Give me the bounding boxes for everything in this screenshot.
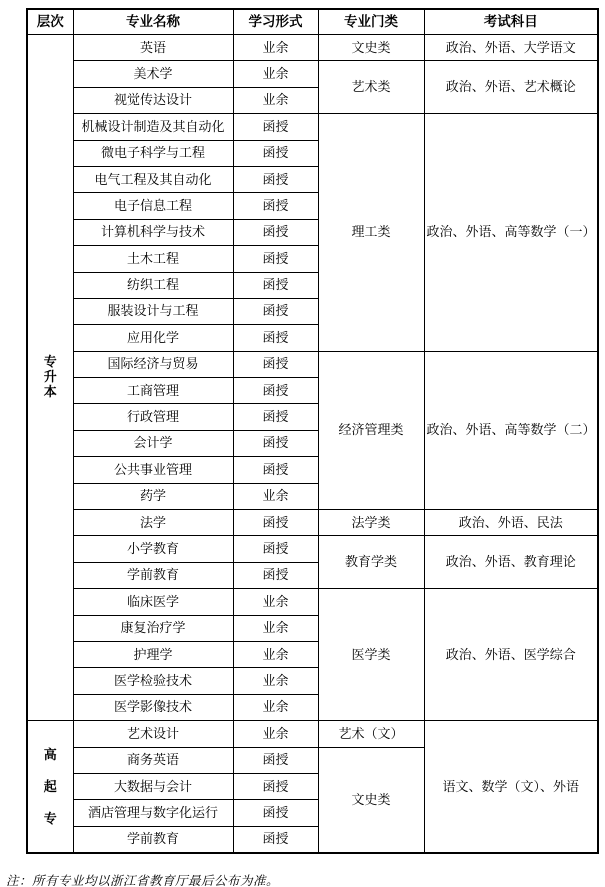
table-row: 国际经济与贸易函授经济管理类政治、外语、高等数学（二） xyxy=(27,351,598,377)
category-cell: 经济管理类 xyxy=(318,351,424,509)
study-form-cell: 业余 xyxy=(233,641,318,667)
table-body: 专 升 本英语业余文史类政治、外语、大学语文美术学业余艺术类政治、外语、艺术概论… xyxy=(27,35,598,854)
study-form-cell: 函授 xyxy=(233,404,318,430)
table-row: 法学函授法学类政治、外语、民法 xyxy=(27,510,598,536)
study-form-cell: 函授 xyxy=(233,562,318,588)
document-page: 层次 专业名称 学习形式 专业门类 考试科目 专 升 本英语业余文史类政治、外语… xyxy=(0,0,605,887)
header-level: 层次 xyxy=(27,9,73,35)
major-name-cell: 大数据与会计 xyxy=(73,773,233,799)
category-cell: 医学类 xyxy=(318,589,424,721)
exam-subjects-cell: 政治、外语、高等数学（一） xyxy=(424,114,598,352)
exam-subjects-cell: 语文、数学（文）、外语 xyxy=(424,721,598,853)
major-name-cell: 国际经济与贸易 xyxy=(73,351,233,377)
exam-subjects-cell: 政治、外语、医学综合 xyxy=(424,589,598,721)
major-name-cell: 学前教育 xyxy=(73,826,233,853)
category-cell: 艺术（文） xyxy=(318,721,424,747)
table-row: 临床医学业余医学类政治、外语、医学综合 xyxy=(27,589,598,615)
study-form-cell: 业余 xyxy=(233,615,318,641)
major-name-cell: 计算机科学与技术 xyxy=(73,219,233,245)
study-form-cell: 函授 xyxy=(233,773,318,799)
table-row: 专 升 本英语业余文史类政治、外语、大学语文 xyxy=(27,35,598,61)
study-form-cell: 业余 xyxy=(233,721,318,747)
header-exam-subjects: 考试科目 xyxy=(424,9,598,35)
table-row: 小学教育函授教育学类政治、外语、教育理论 xyxy=(27,536,598,562)
major-name-cell: 医学影像技术 xyxy=(73,694,233,720)
study-form-cell: 业余 xyxy=(233,61,318,87)
major-name-cell: 医学检验技术 xyxy=(73,668,233,694)
header-study-form: 学习形式 xyxy=(233,9,318,35)
exam-subjects-cell: 政治、外语、大学语文 xyxy=(424,35,598,61)
study-form-cell: 函授 xyxy=(233,298,318,324)
study-form-cell: 函授 xyxy=(233,800,318,826)
major-name-cell: 英语 xyxy=(73,35,233,61)
level-cell: 专 升 本 xyxy=(27,35,73,721)
study-form-cell: 函授 xyxy=(233,246,318,272)
major-name-cell: 临床医学 xyxy=(73,589,233,615)
study-form-cell: 业余 xyxy=(233,694,318,720)
major-name-cell: 服装设计与工程 xyxy=(73,298,233,324)
footnote: 注：所有专业均以浙江省教育厅最后公布为准。 xyxy=(6,871,279,887)
study-form-cell: 函授 xyxy=(233,351,318,377)
major-name-cell: 机械设计制造及其自动化 xyxy=(73,114,233,140)
table-row: 美术学业余艺术类政治、外语、艺术概论 xyxy=(27,61,598,87)
major-name-cell: 护理学 xyxy=(73,641,233,667)
study-form-cell: 函授 xyxy=(233,826,318,853)
major-name-cell: 微电子科学与工程 xyxy=(73,140,233,166)
major-name-cell: 公共事业管理 xyxy=(73,457,233,483)
major-name-cell: 小学教育 xyxy=(73,536,233,562)
header-major-name: 专业名称 xyxy=(73,9,233,35)
header-row: 层次 专业名称 学习形式 专业门类 考试科目 xyxy=(27,9,598,35)
category-cell: 法学类 xyxy=(318,510,424,536)
category-cell: 教育学类 xyxy=(318,536,424,589)
major-name-cell: 土木工程 xyxy=(73,246,233,272)
study-form-cell: 函授 xyxy=(233,140,318,166)
study-form-cell: 业余 xyxy=(233,668,318,694)
study-form-cell: 业余 xyxy=(233,483,318,509)
category-cell: 文史类 xyxy=(318,747,424,853)
major-name-cell: 电气工程及其自动化 xyxy=(73,166,233,192)
table-row: 机械设计制造及其自动化函授理工类政治、外语、高等数学（一） xyxy=(27,114,598,140)
study-form-cell: 函授 xyxy=(233,114,318,140)
category-cell: 艺术类 xyxy=(318,61,424,114)
study-form-cell: 函授 xyxy=(233,536,318,562)
study-form-cell: 业余 xyxy=(233,87,318,113)
major-name-cell: 美术学 xyxy=(73,61,233,87)
study-form-cell: 函授 xyxy=(233,272,318,298)
exam-subjects-cell: 政治、外语、民法 xyxy=(424,510,598,536)
major-name-cell: 艺术设计 xyxy=(73,721,233,747)
exam-subjects-cell: 政治、外语、教育理论 xyxy=(424,536,598,589)
study-form-cell: 函授 xyxy=(233,166,318,192)
majors-table: 层次 专业名称 学习形式 专业门类 考试科目 专 升 本英语业余文史类政治、外语… xyxy=(26,8,599,854)
study-form-cell: 函授 xyxy=(233,430,318,456)
major-name-cell: 应用化学 xyxy=(73,325,233,351)
study-form-cell: 业余 xyxy=(233,589,318,615)
major-name-cell: 学前教育 xyxy=(73,562,233,588)
header-major-category: 专业门类 xyxy=(318,9,424,35)
study-form-cell: 函授 xyxy=(233,325,318,351)
study-form-cell: 函授 xyxy=(233,378,318,404)
major-name-cell: 会计学 xyxy=(73,430,233,456)
major-name-cell: 法学 xyxy=(73,510,233,536)
study-form-cell: 函授 xyxy=(233,510,318,536)
category-cell: 文史类 xyxy=(318,35,424,61)
table-row: 高 起 专艺术设计业余艺术（文）语文、数学（文）、外语 xyxy=(27,721,598,747)
study-form-cell: 函授 xyxy=(233,193,318,219)
major-name-cell: 药学 xyxy=(73,483,233,509)
major-name-cell: 视觉传达设计 xyxy=(73,87,233,113)
major-name-cell: 纺织工程 xyxy=(73,272,233,298)
exam-subjects-cell: 政治、外语、艺术概论 xyxy=(424,61,598,114)
exam-subjects-cell: 政治、外语、高等数学（二） xyxy=(424,351,598,509)
major-name-cell: 康复治疗学 xyxy=(73,615,233,641)
study-form-cell: 函授 xyxy=(233,747,318,773)
category-cell: 理工类 xyxy=(318,114,424,352)
major-name-cell: 商务英语 xyxy=(73,747,233,773)
major-name-cell: 行政管理 xyxy=(73,404,233,430)
study-form-cell: 函授 xyxy=(233,219,318,245)
level-cell: 高 起 专 xyxy=(27,721,73,853)
major-name-cell: 工商管理 xyxy=(73,378,233,404)
major-name-cell: 电子信息工程 xyxy=(73,193,233,219)
study-form-cell: 业余 xyxy=(233,35,318,61)
major-name-cell: 酒店管理与数字化运行 xyxy=(73,800,233,826)
study-form-cell: 函授 xyxy=(233,457,318,483)
